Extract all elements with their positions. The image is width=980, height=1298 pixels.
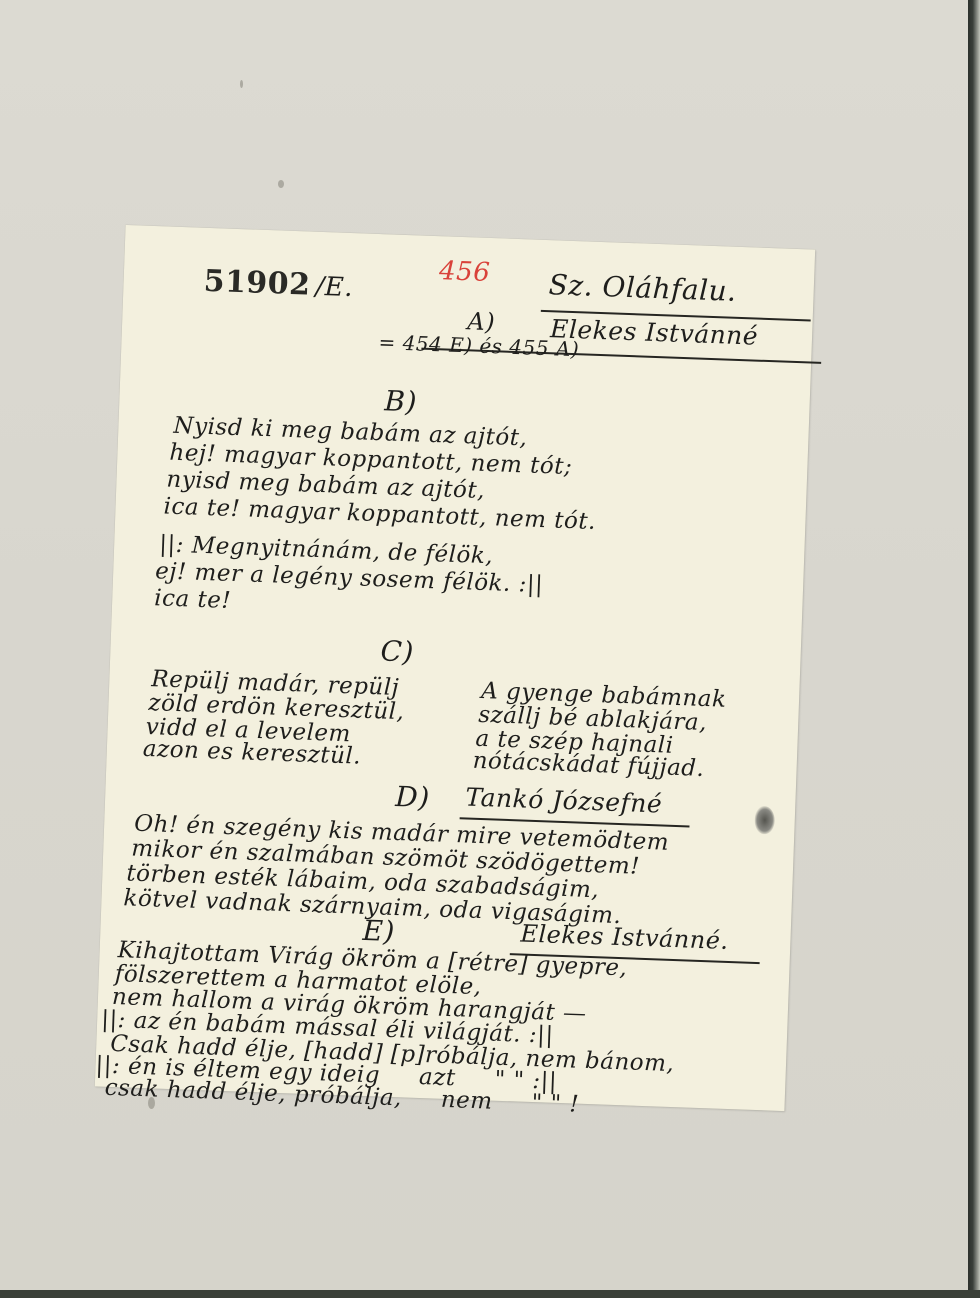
section-e-label: E) (362, 914, 396, 948)
manuscript-sheet: 51902 /E. 456 Sz. Oláhfalu. A) Elekes Is… (95, 225, 815, 1111)
ink-blot (754, 806, 775, 835)
archive-number: 51902 (203, 264, 311, 303)
refrain-line: ica te! (154, 585, 232, 614)
board-speck (278, 180, 284, 188)
archive-suffix: /E. (315, 272, 354, 303)
board-speck (240, 80, 243, 88)
section-d-label: D) (395, 780, 431, 814)
board-edge-bottom (0, 1290, 980, 1298)
red-catalog-number: 456 (439, 256, 491, 288)
section-a-label: A) (467, 307, 496, 336)
board-edge-right (968, 0, 980, 1298)
informant-a: Elekes Istvánné (550, 314, 759, 350)
section-c-label: C) (380, 634, 415, 668)
location-title: Sz. Oláhfalu. (548, 268, 737, 308)
informant-e: Elekes Istvánné. (520, 920, 729, 955)
informant-d: Tankó Józsefné (465, 782, 663, 818)
section-b-label: B) (384, 384, 418, 418)
